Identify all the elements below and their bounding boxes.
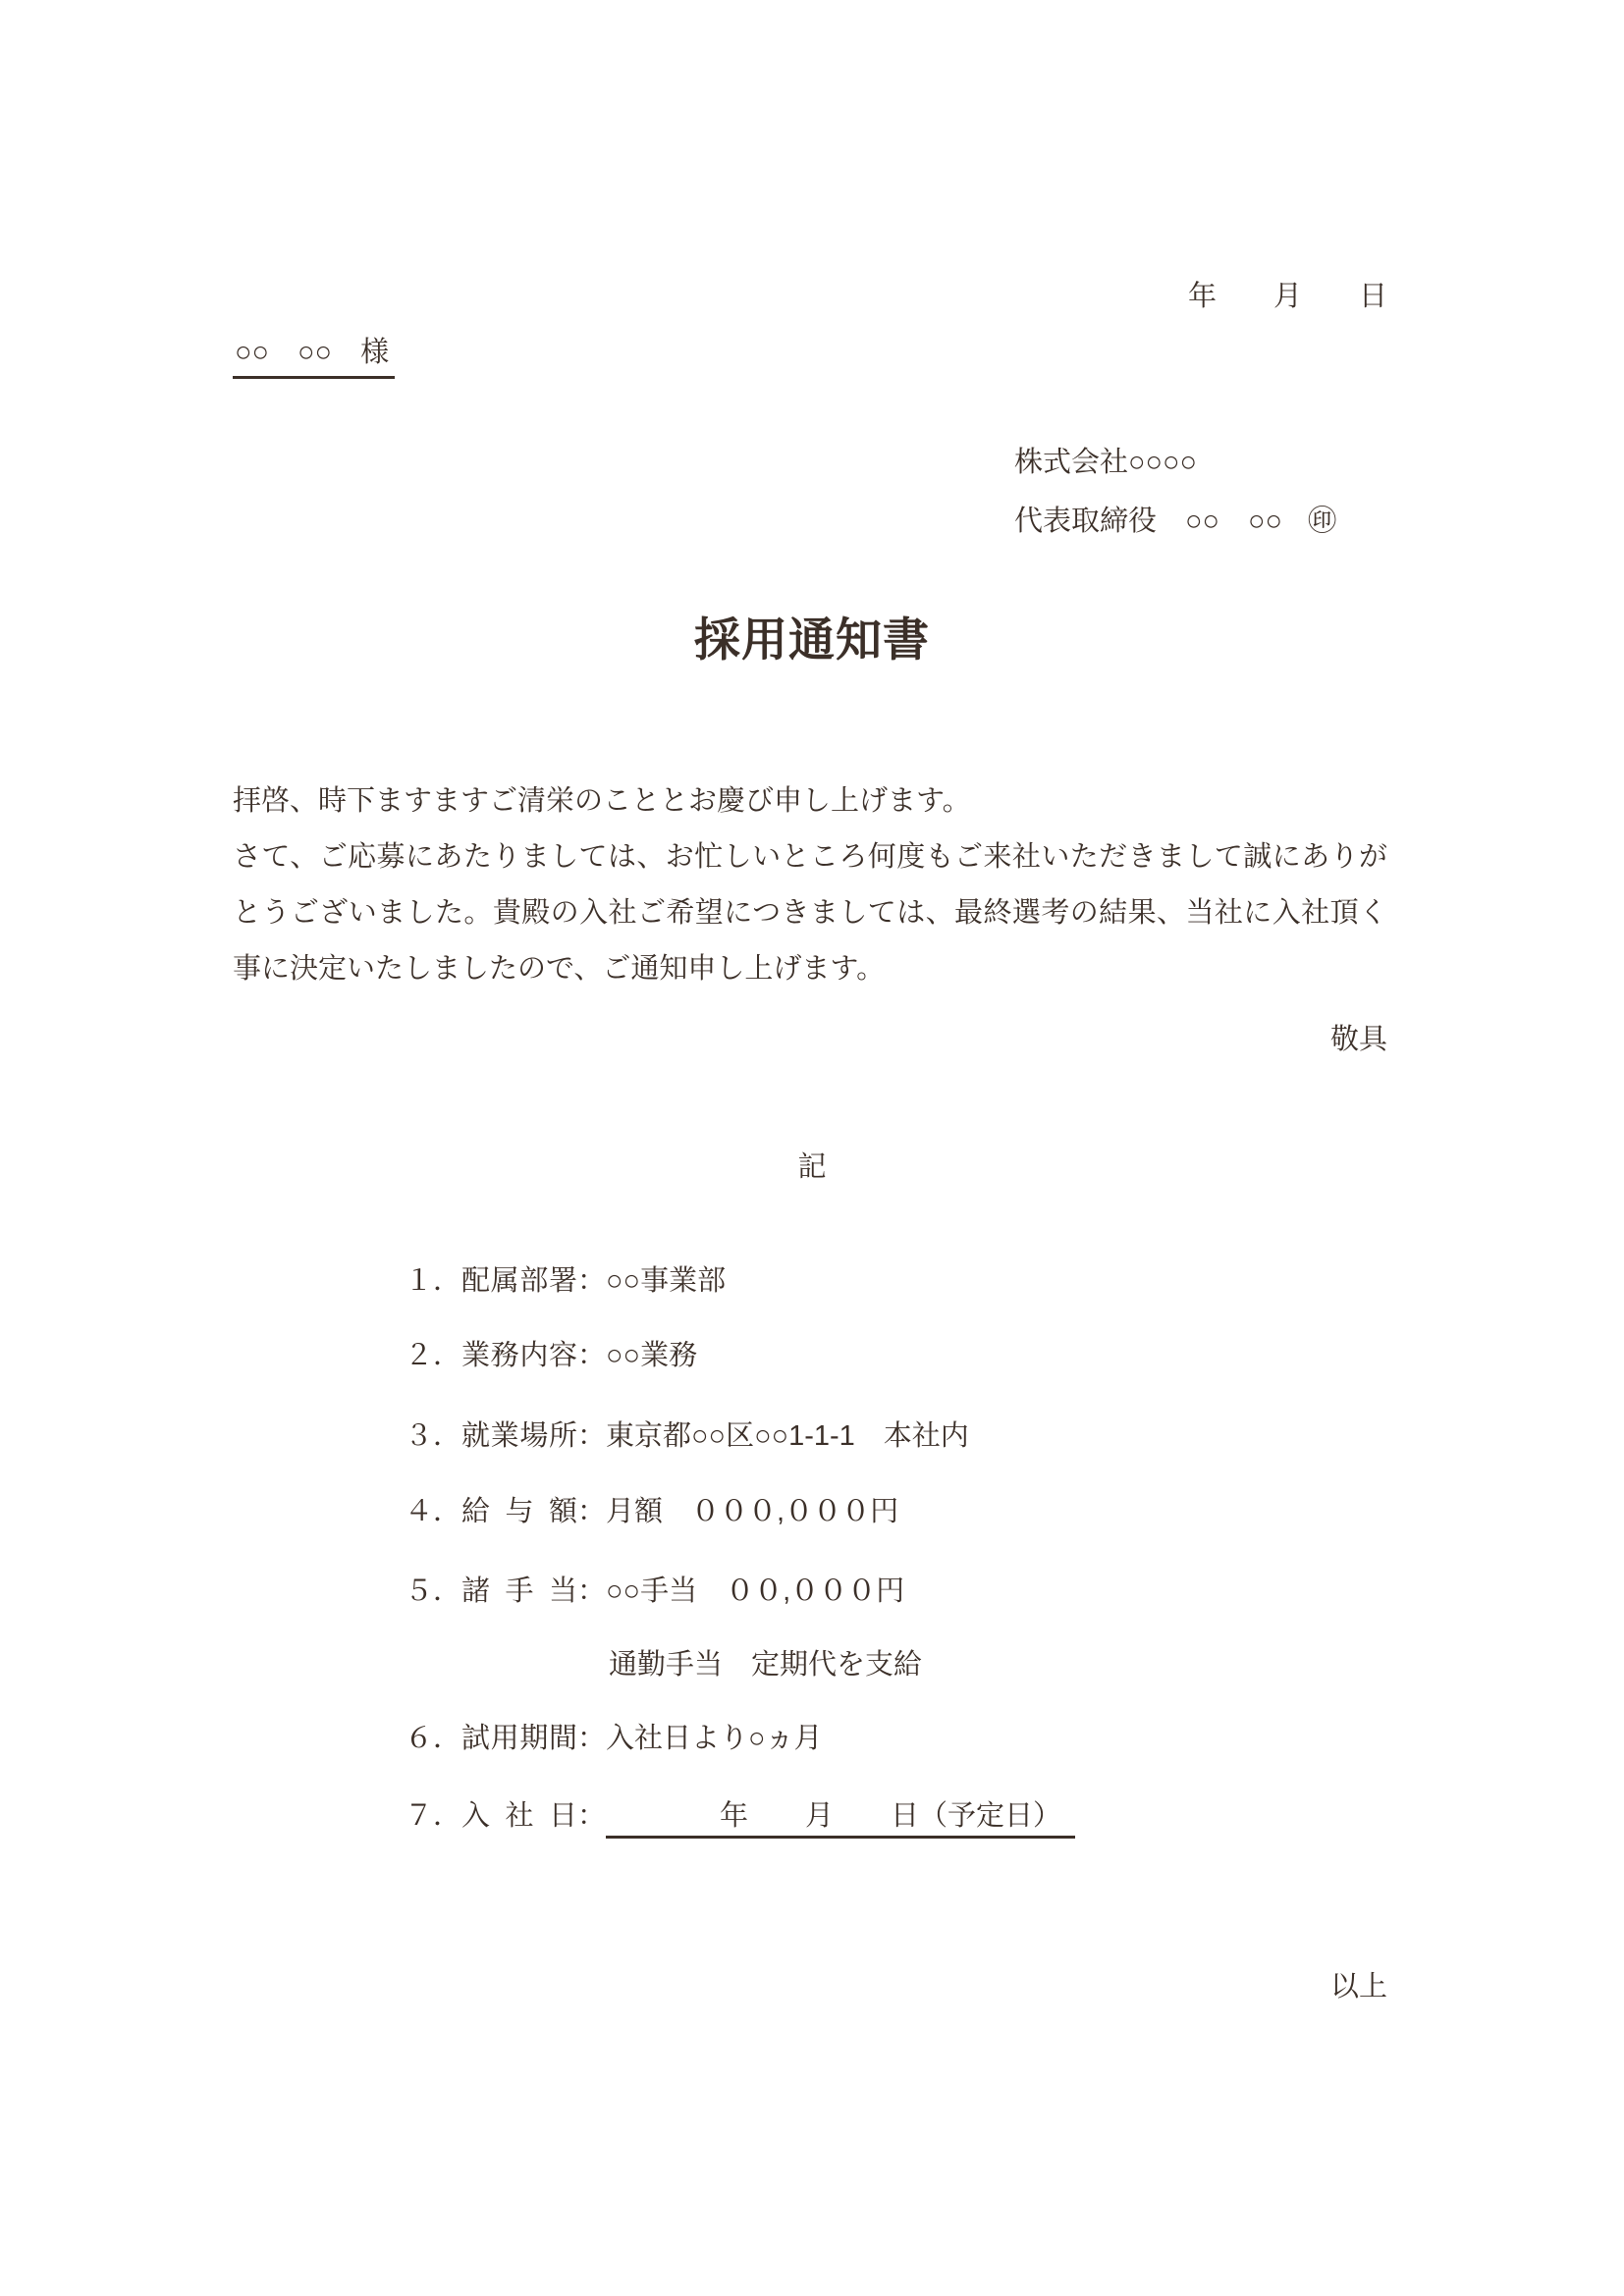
item-separator: ：	[577, 1340, 606, 1371]
list-item-salary: ４．給 与 額：月額 ０００,０００円	[405, 1492, 898, 1531]
end-mark: 以上	[233, 1967, 1387, 2006]
item-label: 諸 手 当	[461, 1572, 577, 1611]
body-paragraph: 拝啓、時下ますますご清栄のこととお慶び申し上げます。 さて、ご応募にあたりまして…	[233, 774, 1387, 997]
list-item-probation: ６．試用期間：入社日より○ヵ月	[405, 1719, 823, 1758]
item-value: ○○業務	[606, 1340, 697, 1371]
body-line: 事に決定いたしましたので、ご通知申し上げます。	[233, 941, 1387, 997]
item-separator: ：	[577, 1575, 606, 1607]
item-value: ○○手当 ００,０００円	[606, 1575, 904, 1607]
representative-name: 代表取締役 ○○ ○○	[1014, 506, 1282, 537]
representative-line: 代表取締役 ○○ ○○㊞	[1014, 502, 1336, 541]
list-item-allowances: ５．諸 手 当：○○手当 ００,０００円	[405, 1572, 904, 1611]
body-line: さて、ご応募にあたりましては、お忙しいところ何度もご来社いただきまして誠にありが	[233, 829, 1387, 885]
item-value: 月額 ０００,０００円	[606, 1496, 898, 1527]
list-item-workplace: ３．就業場所：東京都○○区○○1-1-1 本社内	[405, 1416, 969, 1456]
list-item-joining-date: ７．入 社 日： 年 月 日（予定日）	[405, 1796, 1075, 1839]
item-number: ３．	[405, 1420, 461, 1452]
company-name: 株式会社○○○○	[1014, 443, 1197, 482]
item-separator: ：	[577, 1265, 606, 1297]
item-value: 東京都○○区○○1-1-1 本社内	[606, 1420, 969, 1452]
item-value: 入社日より○ヵ月	[606, 1723, 823, 1754]
joining-date-blank: 年 月 日（予定日）	[606, 1796, 1075, 1839]
item-number: ６．	[405, 1723, 461, 1754]
recipient-line: ○○ ○○ 様	[233, 333, 395, 379]
body-line: 拝啓、時下ますますご清栄のこととお慶び申し上げます。	[233, 774, 1387, 829]
document-title: 採用通知書	[0, 613, 1624, 667]
seal-icon: ㊞	[1308, 506, 1336, 537]
list-item-department: １．配属部署：○○事業部	[405, 1261, 726, 1301]
item-value: ○○事業部	[606, 1265, 726, 1297]
item-separator: ：	[577, 1420, 606, 1452]
list-item-duties: ２．業務内容：○○業務	[405, 1336, 697, 1375]
closing-word: 敬具	[233, 1020, 1387, 1059]
item-label: 給 与 額	[461, 1492, 577, 1531]
item-number: ２．	[405, 1340, 461, 1371]
item-separator: ：	[577, 1800, 606, 1832]
body-line: とうございました。貴殿の入社ご希望につきましては、最終選考の結果、当社に入社頂く	[233, 885, 1387, 941]
item-number: ４．	[405, 1496, 461, 1527]
item-label: 入 社 日	[461, 1796, 577, 1836]
record-mark: 記	[0, 1148, 1624, 1187]
item-label: 配属部署	[461, 1261, 577, 1301]
item-label: 就業場所	[461, 1416, 577, 1456]
item-number: ７．	[405, 1800, 461, 1832]
item-label: 業務内容	[461, 1336, 577, 1375]
item-number: ５．	[405, 1575, 461, 1607]
recipient-name: ○○ ○○ 様	[233, 333, 395, 379]
document-page: 年 月 日 ○○ ○○ 様 株式会社○○○○ 代表取締役 ○○ ○○㊞ 採用通知…	[0, 0, 1624, 2296]
item-separator: ：	[577, 1723, 606, 1754]
commute-allowance-note: 通勤手当 定期代を支給	[609, 1645, 922, 1684]
item-label: 試用期間	[461, 1719, 577, 1758]
item-number: １．	[405, 1265, 461, 1297]
item-separator: ：	[577, 1496, 606, 1527]
date-line: 年 月 日	[233, 277, 1387, 316]
